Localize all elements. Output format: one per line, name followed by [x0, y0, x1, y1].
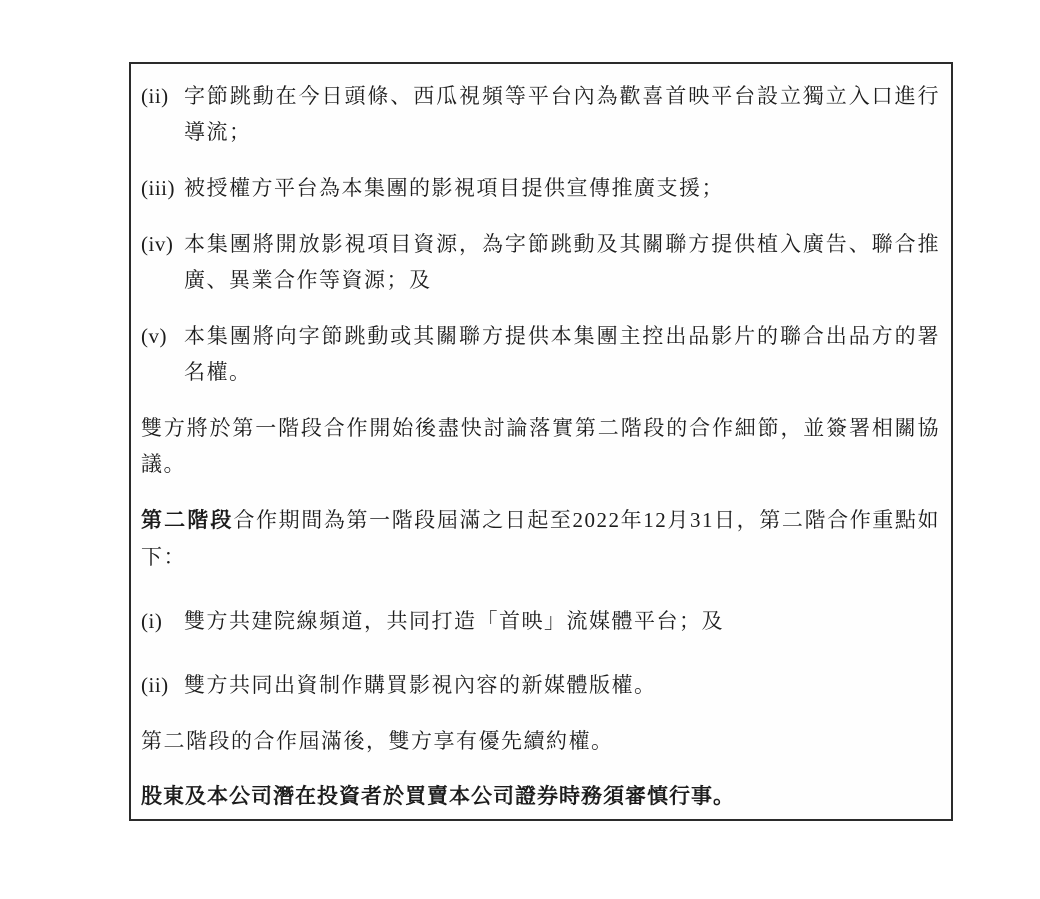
list-marker: (i) — [141, 603, 184, 639]
list-text: 字節跳動在今日頭條、西瓜視頻等平台內為歡喜首映平台設立獨立入口進行導流； — [184, 78, 940, 150]
shareholder-warning: 股東及本公司潛在投資者於買賣本公司證券時務須審慎行事。 — [141, 779, 940, 815]
phase2-text: 合作期間為第一階段屆滿之日起至2022年12月31日，第二階合作重點如下： — [141, 508, 940, 569]
list-marker: (iv) — [141, 226, 184, 262]
list-marker: (ii) — [141, 667, 184, 703]
list-text: 雙方共建院線頻道，共同打造「首映」流媒體平台；及 — [184, 603, 940, 639]
list-text: 本集團將向字節跳動或其關聯方提供本集團主控出品影片的聯合出品方的署名權。 — [184, 318, 940, 390]
list-text: 雙方共同出資制作購買影視內容的新媒體版權。 — [184, 667, 940, 703]
list-marker: (v) — [141, 318, 184, 354]
paragraph-phase2-intro: 第二階段合作期間為第一階段屆滿之日起至2022年12月31日，第二階合作重點如下… — [141, 502, 940, 575]
announcement-box: (ii) 字節跳動在今日頭條、西瓜視頻等平台內為歡喜首映平台設立獨立入口進行導流… — [129, 62, 953, 821]
list-item-phase2-i: (i) 雙方共建院線頻道，共同打造「首映」流媒體平台；及 — [141, 603, 940, 639]
list-marker: (ii) — [141, 78, 184, 114]
paragraph-interim-agreement: 雙方將於第一階段合作開始後盡快討論落實第二階段的合作細節，並簽署相關協議。 — [141, 410, 940, 482]
list-item-phase1-iii: (iii) 被授權方平台為本集團的影視項目提供宣傳推廣支援； — [141, 170, 940, 206]
list-text: 被授權方平台為本集團的影視項目提供宣傳推廣支援； — [184, 170, 940, 206]
list-item-phase1-iv: (iv) 本集團將開放影視項目資源，為字節跳動及其關聯方提供植入廣告、聯合推廣、… — [141, 226, 940, 298]
list-item-phase1-ii: (ii) 字節跳動在今日頭條、西瓜視頻等平台內為歡喜首映平台設立獨立入口進行導流… — [141, 78, 940, 150]
list-text: 本集團將開放影視項目資源，為字節跳動及其關聯方提供植入廣告、聯合推廣、異業合作等… — [184, 226, 940, 298]
paragraph-renewal-right: 第二階段的合作屆滿後，雙方享有優先續約權。 — [141, 723, 940, 759]
list-item-phase1-v: (v) 本集團將向字節跳動或其關聯方提供本集團主控出品影片的聯合出品方的署名權。 — [141, 318, 940, 390]
phase2-lead-bold: 第二階段 — [141, 509, 233, 532]
document-page: (ii) 字節跳動在今日頭條、西瓜視頻等平台內為歡喜首映平台設立獨立入口進行導流… — [0, 0, 1040, 899]
list-marker: (iii) — [141, 170, 184, 206]
list-item-phase2-ii: (ii) 雙方共同出資制作購買影視內容的新媒體版權。 — [141, 667, 940, 703]
